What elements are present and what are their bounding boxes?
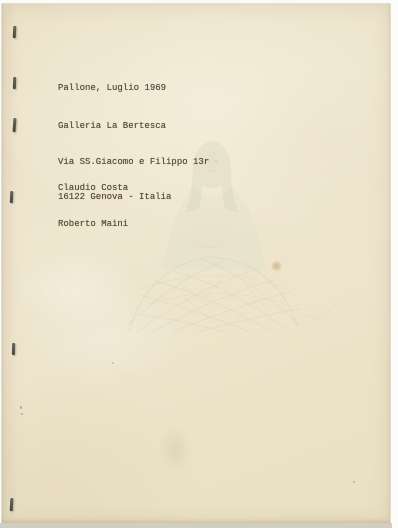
paper-sheet xyxy=(2,4,390,523)
paper-smudge xyxy=(158,425,192,473)
gallery-name-line: Galleria La Bertesca xyxy=(58,121,209,133)
page-bottom-shadow xyxy=(0,523,392,528)
staple-mark xyxy=(10,191,13,203)
paper-speck xyxy=(20,406,22,409)
staple-mark xyxy=(11,343,14,355)
paper-speck xyxy=(21,413,23,415)
artist-name-line-1: Claudio Costa xyxy=(58,183,128,195)
scanned-document: Pallone, Luglio 1969 Galleria La Bertesc… xyxy=(0,0,398,528)
paper-speck xyxy=(353,481,355,483)
staple-mark xyxy=(12,77,15,89)
paper-stain xyxy=(271,261,282,271)
paper-speck xyxy=(112,362,114,364)
artist-name-line-2: Roberto Maini xyxy=(58,219,128,231)
artists-block: Claudio Costa Roberto Maini xyxy=(58,160,128,254)
title-line: Pallone, Luglio 1969 xyxy=(58,83,166,95)
